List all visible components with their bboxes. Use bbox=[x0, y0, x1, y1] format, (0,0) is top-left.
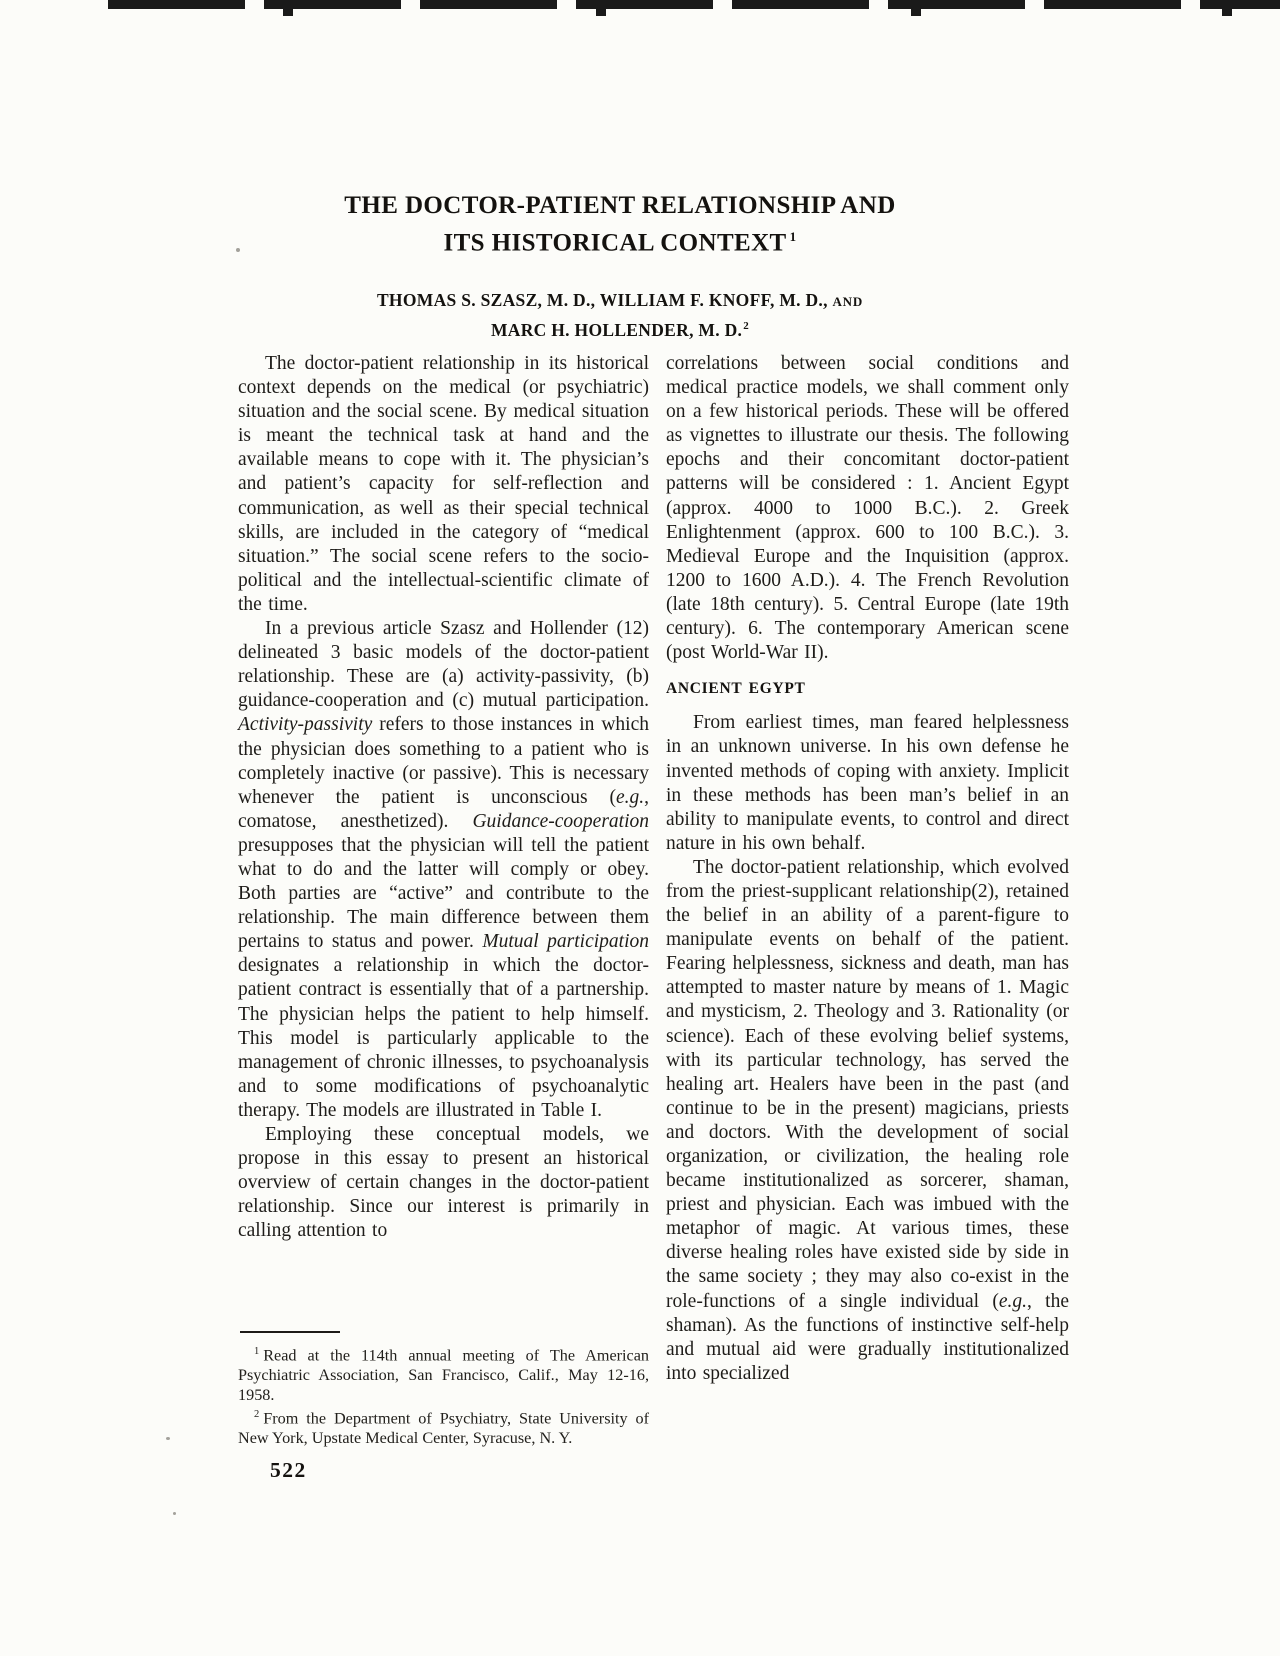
italic-run: Activity-passivity bbox=[238, 714, 372, 735]
italic-run: Mutual participation bbox=[482, 931, 649, 952]
right-column: correlations between social conditions a… bbox=[666, 352, 1069, 1386]
footnote-2-text: From the Department of Psychiatry, State… bbox=[238, 1410, 649, 1448]
paragraph-priest-supplicant: The doctor-patient relationship, which e… bbox=[666, 856, 1069, 1386]
text-run: correlations between social conditions a… bbox=[666, 353, 1069, 663]
article-title-line2: ITS HISTORICAL CONTEXT bbox=[443, 229, 786, 256]
footnote-1-ref: 1 bbox=[254, 1346, 259, 1357]
paragraph-earliest-times: From earliest times, man feared helpless… bbox=[666, 711, 1069, 856]
author-byline: THOMAS S. SZASZ, M. D., WILLIAM F. KNOFF… bbox=[10, 288, 1230, 342]
article-title: THE DOCTOR-PATIENT RELATIONSHIP AND ITS … bbox=[10, 190, 1230, 258]
article-title-line1: THE DOCTOR-PATIENT RELATIONSHIP AND bbox=[344, 192, 895, 219]
scan-edge-tick bbox=[911, 7, 921, 16]
paragraph-continuation: correlations between social conditions a… bbox=[666, 352, 1069, 665]
scan-speck bbox=[166, 1437, 170, 1440]
text-run: The doctor-patient relationship, which e… bbox=[666, 857, 1069, 1312]
paragraph-three-models: In a previous article Szasz and Hollende… bbox=[238, 617, 649, 1123]
scan-edge-tick bbox=[1222, 7, 1232, 16]
footnote-2: 2From the Department of Psychiatry, Stat… bbox=[238, 1405, 649, 1449]
italic-run: e.g. bbox=[616, 787, 644, 808]
paragraph-intro: The doctor-patient relationship in its h… bbox=[238, 352, 649, 617]
scanned-paper-page: THE DOCTOR-PATIENT RELATIONSHIP AND ITS … bbox=[0, 0, 1280, 1656]
text-run: In a previous article Szasz and Hollende… bbox=[238, 618, 649, 711]
authors-line1: THOMAS S. SZASZ, M. D., WILLIAM F. KNOFF… bbox=[377, 290, 833, 310]
paragraph-essay-purpose: Employing these conceptual models, we pr… bbox=[238, 1123, 649, 1243]
scan-edge-tick bbox=[283, 7, 293, 16]
text-run: From earliest times, man feared helpless… bbox=[666, 712, 1069, 853]
footnote-2-ref: 2 bbox=[254, 1409, 259, 1420]
italic-run: Guidance-cooperation bbox=[472, 811, 649, 832]
footnote-rule bbox=[240, 1331, 340, 1333]
text-run: Employing these conceptual models, we pr… bbox=[238, 1124, 649, 1241]
footnotes-block: 1Read at the 114th annual meeting of The… bbox=[238, 1331, 649, 1449]
footnote-1: 1Read at the 114th annual meeting of The… bbox=[238, 1342, 649, 1405]
scan-edge-tick bbox=[596, 7, 606, 16]
scan-speck bbox=[173, 1512, 176, 1515]
authors-line2: MARC H. HOLLENDER, M. D. bbox=[491, 320, 742, 340]
page-number: 522 bbox=[270, 1458, 307, 1483]
section-heading-ancient-egypt: ANCIENT EGYPT bbox=[666, 677, 1069, 701]
italic-run: e.g. bbox=[999, 1291, 1027, 1312]
left-column: The doctor-patient relationship in its h… bbox=[238, 352, 649, 1243]
article-header: THE DOCTOR-PATIENT RELATIONSHIP AND ITS … bbox=[10, 190, 1230, 342]
authors-footnote-reference: 2 bbox=[743, 320, 749, 332]
authors-and: AND bbox=[832, 294, 863, 309]
text-run: The doctor-patient relationship in its h… bbox=[238, 353, 649, 615]
text-run: designates a relationship in which the d… bbox=[238, 955, 649, 1121]
footnote-1-text: Read at the 114th annual meeting of The … bbox=[238, 1346, 649, 1403]
title-footnote-reference: 1 bbox=[790, 229, 797, 244]
